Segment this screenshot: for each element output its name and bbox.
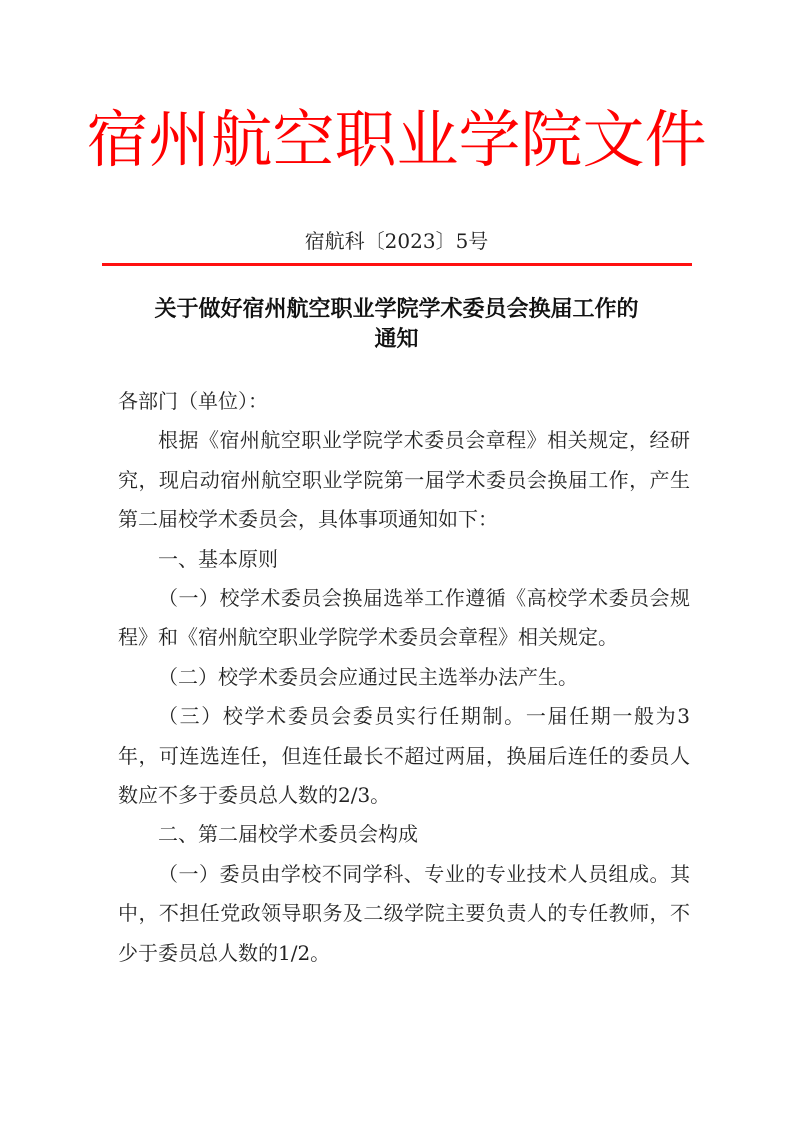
paragraph-principle-3: （三）校学术委员会委员实行任期制。一届任期一般为3年，可连选连任，但连任最长不超… xyxy=(118,697,690,815)
notice-title-line-1: 关于做好宿州航空职业学院学术委员会换届工作的 xyxy=(110,294,683,324)
masthead-title: 宿州航空职业学院文件 xyxy=(0,100,793,180)
notice-title-line-2: 通知 xyxy=(110,324,683,354)
paragraph-principle-2: （二）校学术委员会应通过民主选举办法产生。 xyxy=(118,658,690,697)
red-divider-line xyxy=(102,263,692,266)
paragraph-intro: 根据《宿州航空职业学院学术委员会章程》相关规定，经研究，现启动宿州航空职业学院第… xyxy=(118,421,690,539)
section-heading-composition: 二、第二届校学术委员会构成 xyxy=(118,815,690,854)
document-number: 宿航科〔2023〕5号 xyxy=(0,228,793,254)
paragraph-composition-1: （一）委员由学校不同学科、专业的专业技术人员组成。其中，不担任党政领导职务及二级… xyxy=(118,855,690,973)
document-page: 宿州航空职业学院文件 宿航科〔2023〕5号 关于做好宿州航空职业学院学术委员会… xyxy=(0,0,793,1122)
salutation: 各部门（单位）： xyxy=(118,382,690,421)
paragraph-principle-1: （一）校学术委员会换届选举工作遵循《高校学术委员会规程》和《宿州航空职业学院学术… xyxy=(118,579,690,658)
section-heading-principles: 一、基本原则 xyxy=(118,540,690,579)
notice-title: 关于做好宿州航空职业学院学术委员会换届工作的 通知 xyxy=(110,294,683,354)
notice-body: 各部门（单位）： 根据《宿州航空职业学院学术委员会章程》相关规定，经研究，现启动… xyxy=(118,382,690,973)
